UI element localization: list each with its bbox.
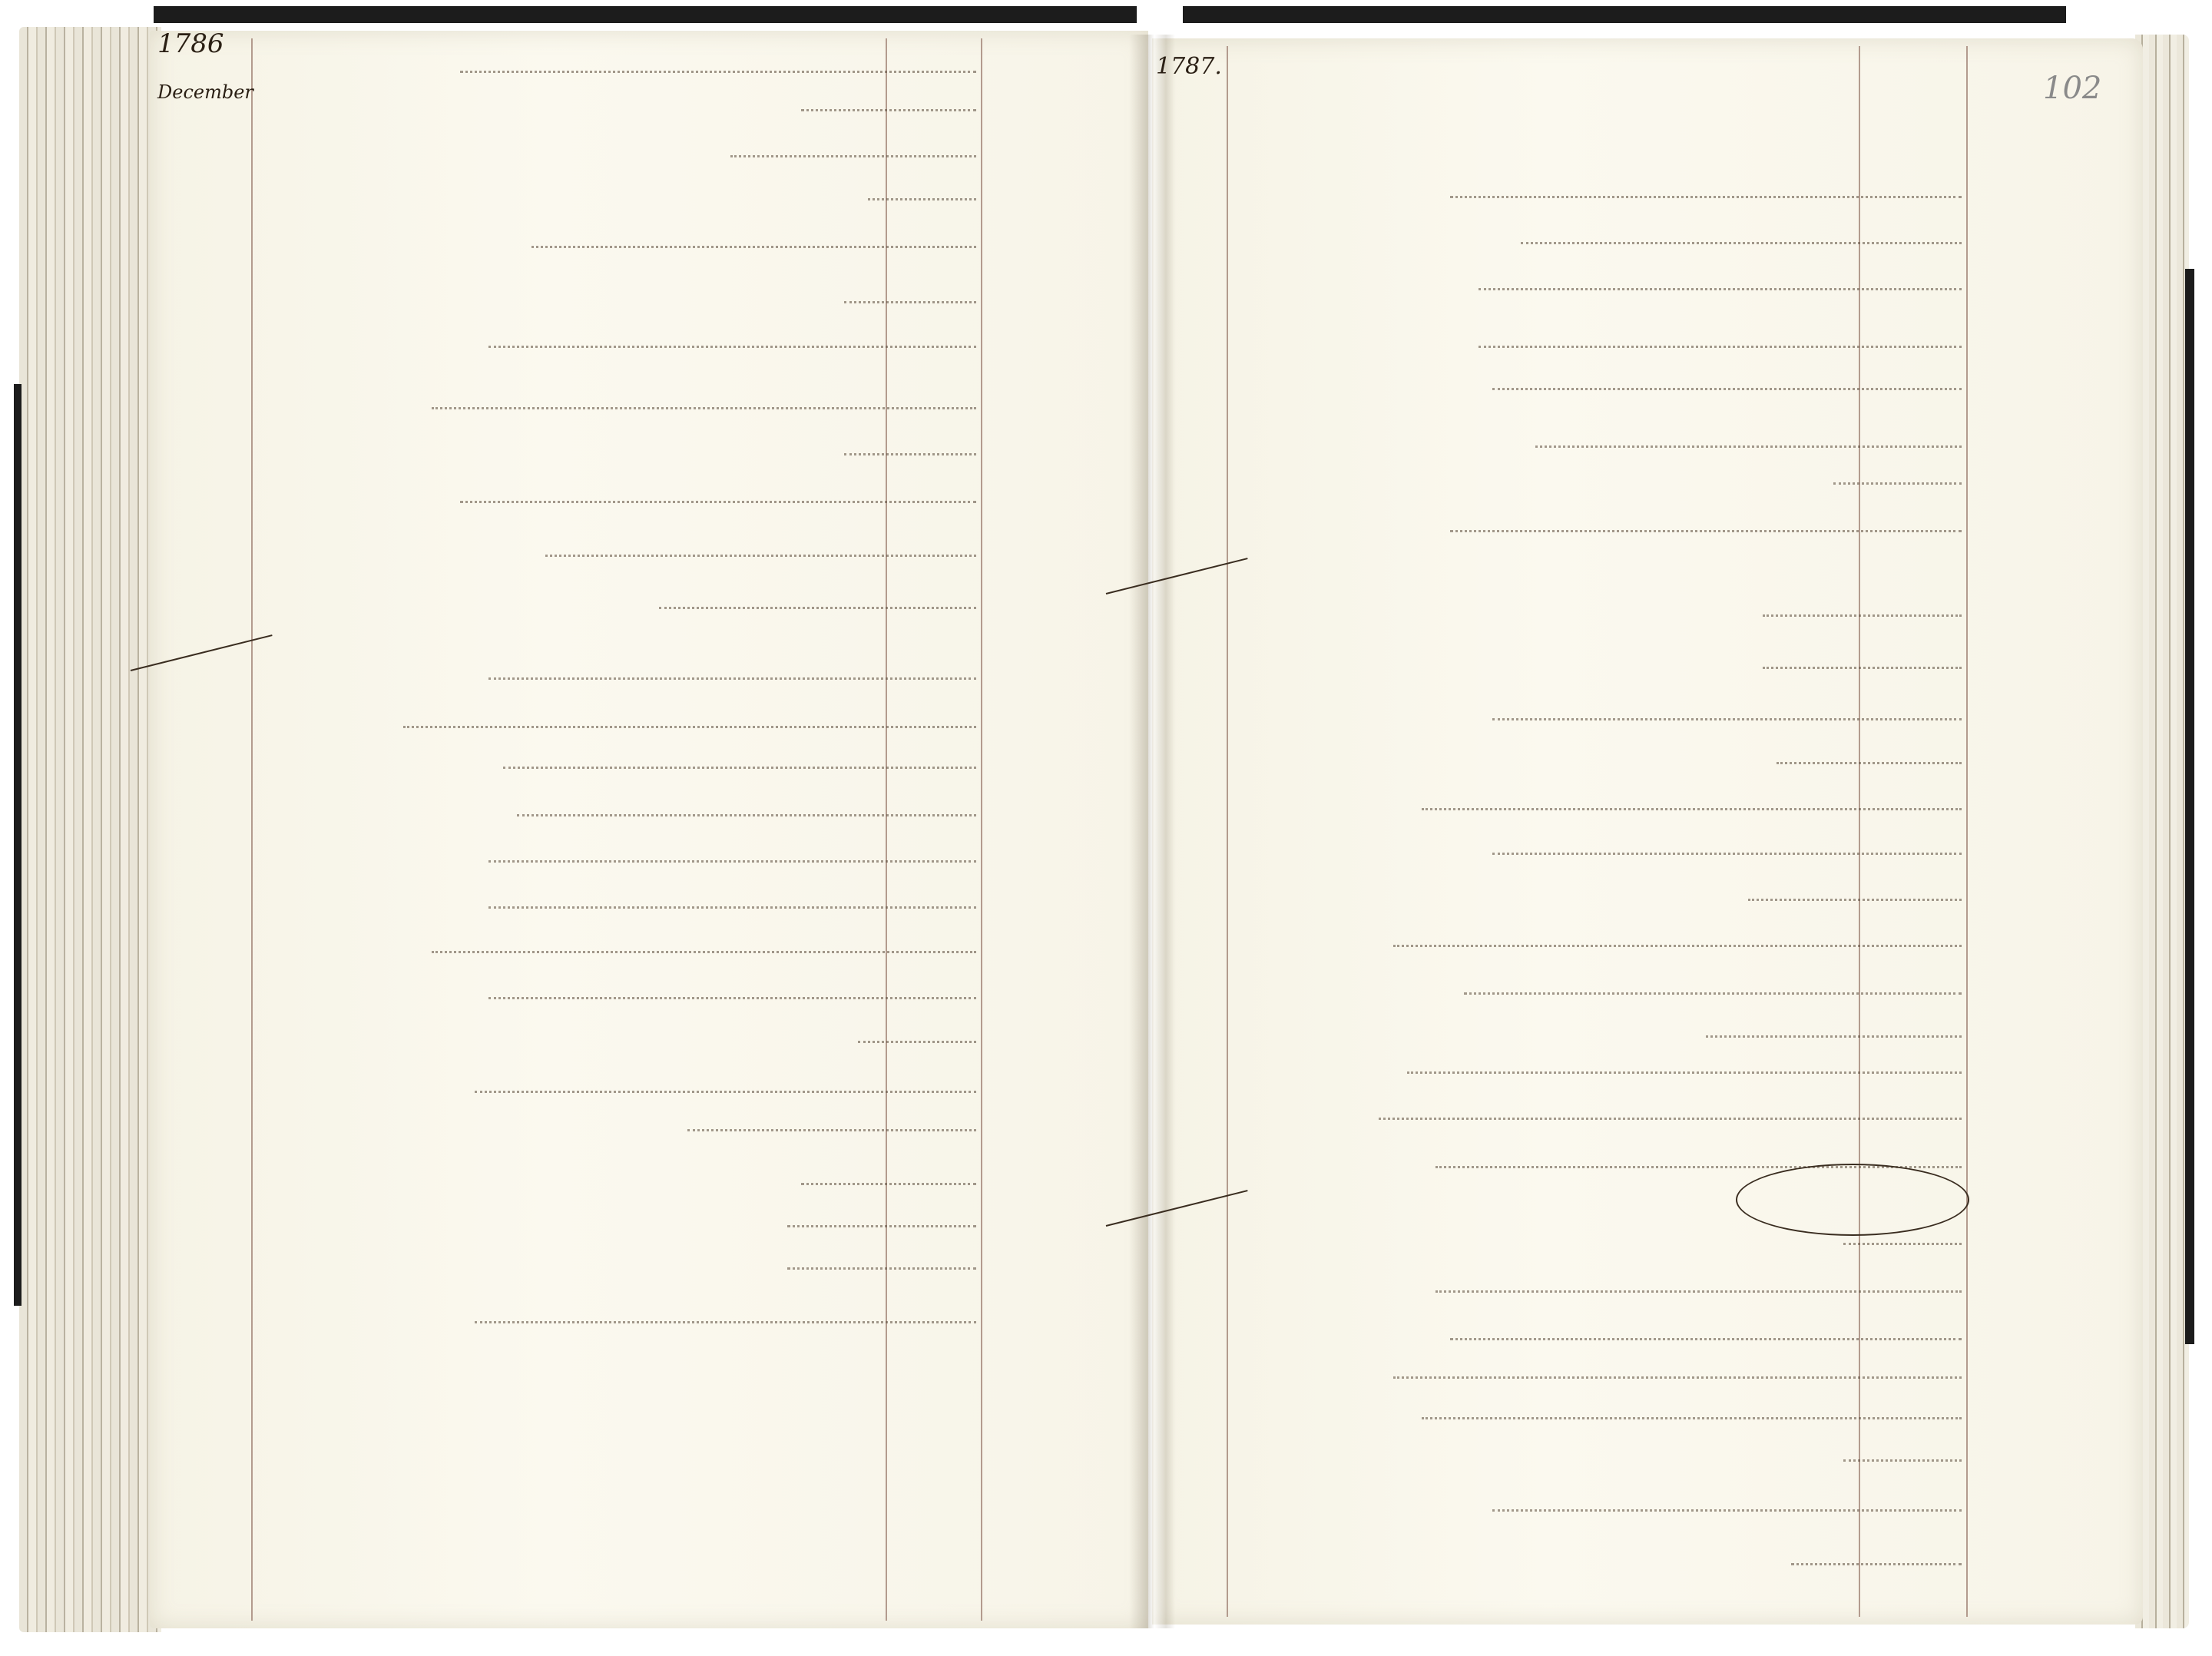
dotted-leader (1379, 1118, 1962, 1120)
right-year: 1787. (1156, 55, 1222, 78)
dotted-leader (858, 1041, 976, 1043)
dotted-leader (1435, 1290, 1962, 1293)
right-margin-rule (1227, 46, 1228, 1617)
dotted-leader (432, 951, 976, 953)
dotted-leader (475, 1321, 977, 1323)
dotted-leader (1763, 614, 1962, 617)
dotted-leader (1407, 1071, 1962, 1074)
dotted-leader (1706, 1035, 1962, 1038)
left-year: 1786 (157, 31, 224, 57)
dotted-leader (687, 1129, 976, 1131)
dotted-leader (787, 1267, 977, 1270)
dotted-leader (1422, 1417, 1962, 1419)
dotted-leader (801, 109, 976, 111)
dotted-leader (1422, 808, 1962, 810)
dotted-leader (787, 1225, 977, 1227)
dotted-leader (488, 906, 976, 909)
dotted-leader (1843, 1243, 1962, 1245)
dotted-leader (1843, 1459, 1962, 1462)
dotted-leader (460, 71, 976, 73)
dotted-leader (801, 1183, 976, 1185)
dotted-leader (1777, 762, 1962, 764)
dotted-leader (460, 501, 976, 503)
ribbon-left-edge (14, 384, 22, 1306)
dotted-leader (488, 860, 976, 863)
dotted-leader (659, 607, 976, 609)
dotted-leader (488, 997, 976, 999)
dotted-leader (1479, 288, 1962, 290)
dotted-leader (1450, 530, 1962, 532)
dotted-leader (1521, 242, 1962, 244)
page-stack-right (2135, 35, 2189, 1628)
dotted-leader (1748, 899, 1962, 901)
dotted-leader (1791, 1563, 1962, 1565)
dotted-leader (1393, 945, 1962, 947)
ribbon-top-right (1183, 6, 2066, 23)
right-street-rule (1966, 46, 1968, 1617)
left-note-rule (886, 38, 887, 1621)
right-note-rule (1859, 46, 1860, 1617)
dotted-leader (403, 726, 976, 728)
dotted-leader (475, 1091, 977, 1093)
dotted-leader (517, 814, 976, 816)
dotted-leader (531, 246, 977, 248)
dotted-leader (868, 198, 976, 200)
dotted-leader (1450, 1338, 1962, 1340)
left-month: December (157, 83, 253, 101)
dotted-leader (844, 453, 977, 455)
circle-annotation (1736, 1164, 1969, 1236)
dotted-leader (1492, 718, 1962, 720)
left-page (150, 31, 1148, 1628)
left-street-rule (981, 38, 982, 1621)
ribbon-right-edge (2185, 269, 2194, 1344)
ribbon-top-left (154, 6, 1137, 23)
dotted-leader (844, 301, 977, 303)
dotted-leader (545, 555, 976, 557)
dotted-leader (1833, 482, 1962, 485)
dotted-leader (503, 767, 977, 769)
dotted-leader (1479, 346, 1962, 348)
dotted-leader (432, 407, 976, 409)
dotted-leader (1492, 388, 1962, 390)
dotted-leader (488, 677, 976, 680)
right-page (1152, 38, 2143, 1625)
dotted-leader (488, 346, 976, 348)
dotted-leader (1464, 992, 1962, 995)
dotted-leader (1393, 1376, 1962, 1379)
dotted-leader (730, 155, 977, 157)
book-gutter (1129, 35, 1175, 1628)
dotted-leader (1763, 667, 1962, 669)
left-margin-rule (251, 38, 253, 1621)
dotted-leader (1492, 853, 1962, 855)
dotted-leader (1492, 1509, 1962, 1512)
page-number: 102 (2043, 73, 2101, 104)
dotted-leader (1535, 445, 1962, 448)
page-stack-left (19, 27, 161, 1632)
dotted-leader (1450, 196, 1962, 198)
